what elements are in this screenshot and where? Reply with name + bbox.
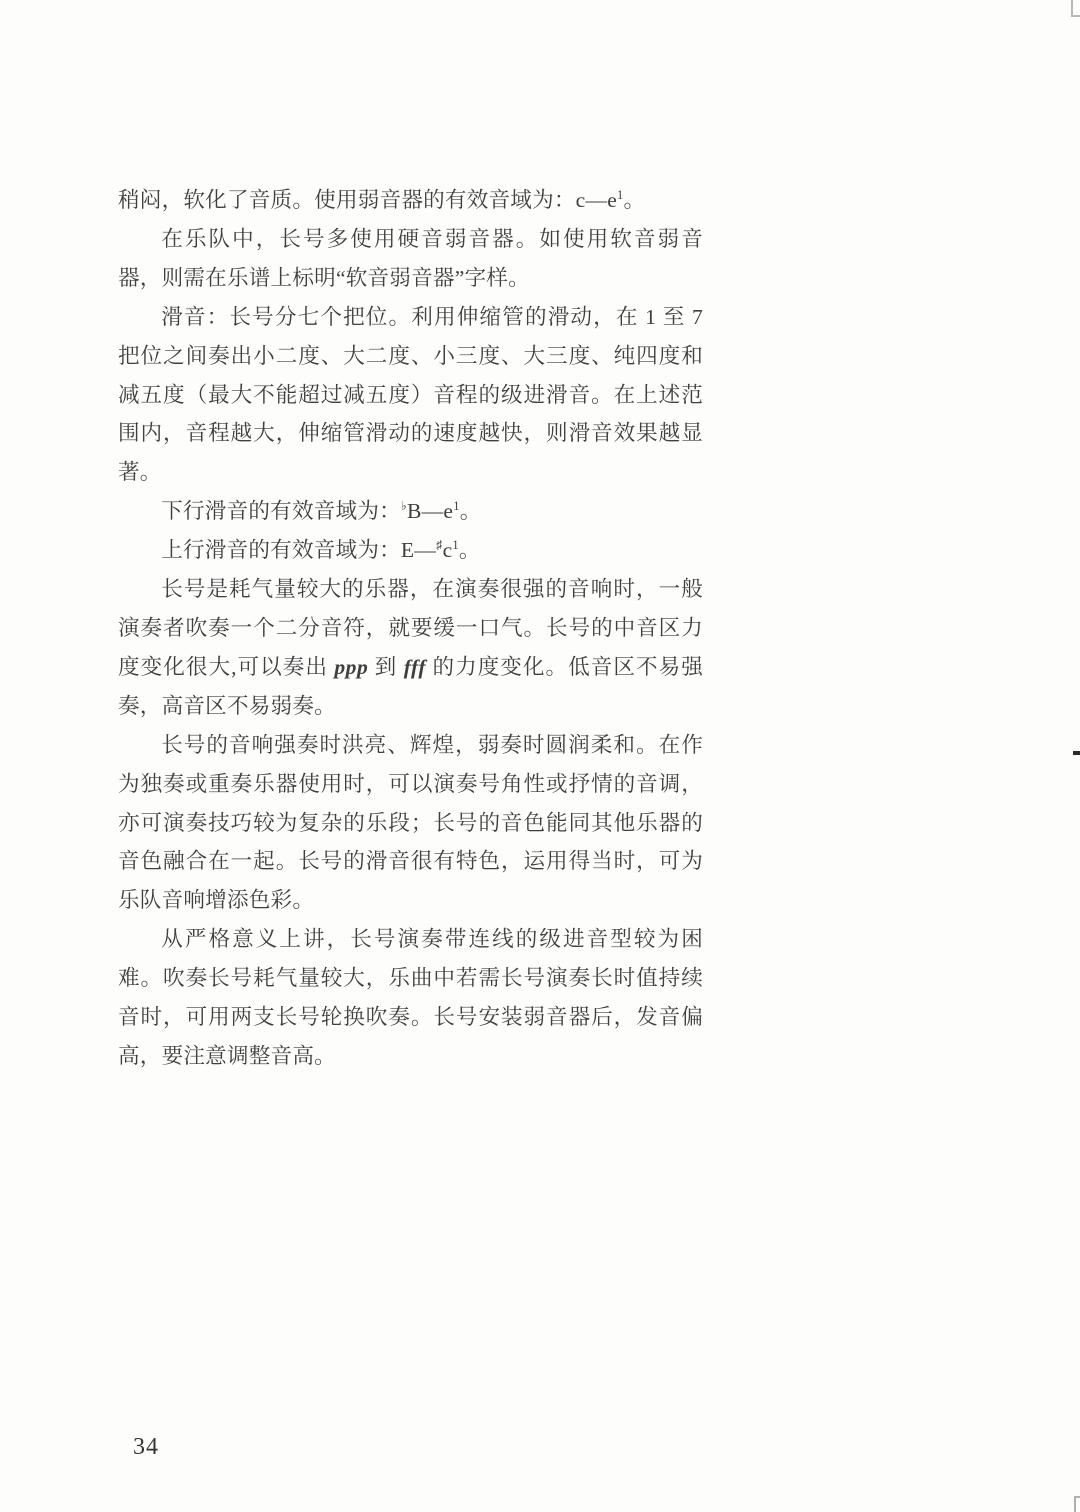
page-body: 稍闷，软化了音质。使用弱音器的有效音域为：c—e1。在乐队中，长号多使用硬音弱音… [118,181,703,1076]
text-run: c [443,538,453,562]
text-run: 在乐队中，长号多使用硬音弱音器。如使用软音弱音器，则需在乐谱上标明“软音弱音器”… [118,227,703,290]
paragraph-3: 滑音：长号分七个把位。利用伸缩管的滑动，在 1 至 7 把位之间奏出小二度、大二… [118,298,703,493]
registration-dash-icon [1073,751,1080,755]
paragraph-6: 长号是耗气量较大的乐器，在演奏很强的音响时，一般演奏者吹奏一个二分音符，就要缓一… [118,570,703,726]
text-run: 上行滑音的有效音域为：E— [161,538,436,562]
paragraph-5: 上行滑音的有效音域为：E—♯c1。 [118,531,703,570]
paragraph-2: 在乐队中，长号多使用硬音弱音器。如使用软音弱音器，则需在乐谱上标明“软音弱音器”… [118,220,703,298]
paragraph-7: 长号的音响强奏时洪亮、辉煌，弱奏时圆润柔和。在作为独奏或重奏乐器使用时，可以演奏… [118,726,703,921]
paragraph-8: 从严格意义上讲，长号演奏带连线的级进音型较为困难。吹奏长号耗气量较大，乐曲中若需… [118,920,703,1076]
text-run: 。 [459,538,481,562]
text-run: 。 [624,188,646,212]
text-run: 。 [460,499,482,523]
paragraph-4: 下行滑音的有效音域为：♭B—e1。 [118,492,703,531]
page-number: 34 [133,1432,159,1462]
text-run: 下行滑音的有效音域为： [161,499,401,523]
text-run: 稍闷，软化了音质。使用弱音器的有效音域为：c—e [118,188,617,212]
text-run: 从严格意义上讲，长号演奏带连线的级进音型较为困难。吹奏长号耗气量较大，乐曲中若需… [118,927,703,1068]
crop-mark-bottom-right-icon [1074,1496,1080,1512]
dynamics-notation: ppp [334,655,368,679]
text-run: 长号的音响强奏时洪亮、辉煌，弱奏时圆润柔和。在作为独奏或重奏乐器使用时，可以演奏… [118,733,703,913]
text-run: B—e [407,499,453,523]
scanned-book-page: 稍闷，软化了音质。使用弱音器的有效音域为：c—e1。在乐队中，长号多使用硬音弱音… [0,0,1080,1512]
text-run: 到 [368,655,403,679]
text-run: 滑音：长号分七个把位。利用伸缩管的滑动，在 1 至 7 把位之间奏出小二度、大二… [118,305,703,485]
crop-mark-top-right-icon [1071,0,1080,17]
dynamics-notation: fff [404,655,426,679]
paragraph-1: 稍闷，软化了音质。使用弱音器的有效音域为：c—e1。 [118,181,703,220]
